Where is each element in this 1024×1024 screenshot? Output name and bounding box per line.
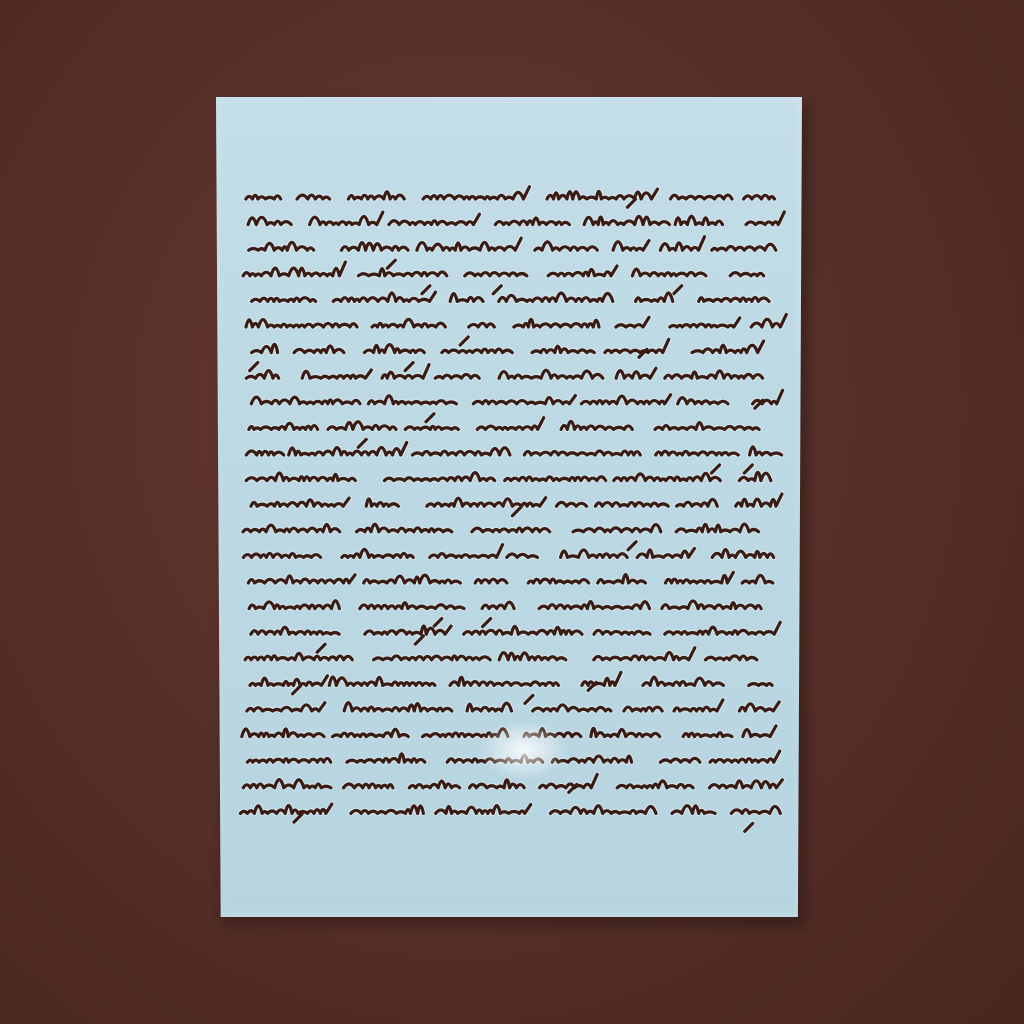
script-stroke (341, 243, 408, 269)
script-stroke (251, 498, 349, 506)
script-stroke (249, 601, 339, 609)
script-stroke (594, 648, 695, 660)
script-stroke (243, 262, 345, 276)
script-stroke (417, 238, 521, 250)
script-stroke (674, 700, 723, 711)
script-stroke (548, 266, 617, 276)
script-stroke (289, 443, 407, 456)
script-stroke (573, 525, 661, 550)
script-stroke (665, 622, 780, 634)
script-stroke (605, 339, 669, 357)
script-stroke (250, 344, 278, 370)
script-stroke (310, 212, 383, 224)
script-stroke (706, 656, 757, 660)
light-glare (478, 720, 568, 780)
script-stroke (499, 293, 613, 301)
script-stroke (482, 602, 514, 626)
script-stroke (505, 477, 606, 481)
script-stroke (430, 545, 503, 558)
script-stroke (670, 318, 740, 327)
script-stroke (749, 684, 772, 686)
script-stroke (678, 398, 728, 404)
script-stroke (475, 579, 507, 583)
script-stroke (246, 195, 281, 199)
script-stroke (731, 806, 780, 831)
handwriting-stencil-cutouts (216, 97, 802, 917)
script-stroke (360, 603, 464, 627)
script-stroke (294, 346, 344, 353)
script-stroke (252, 298, 316, 302)
script-stroke (366, 499, 398, 506)
